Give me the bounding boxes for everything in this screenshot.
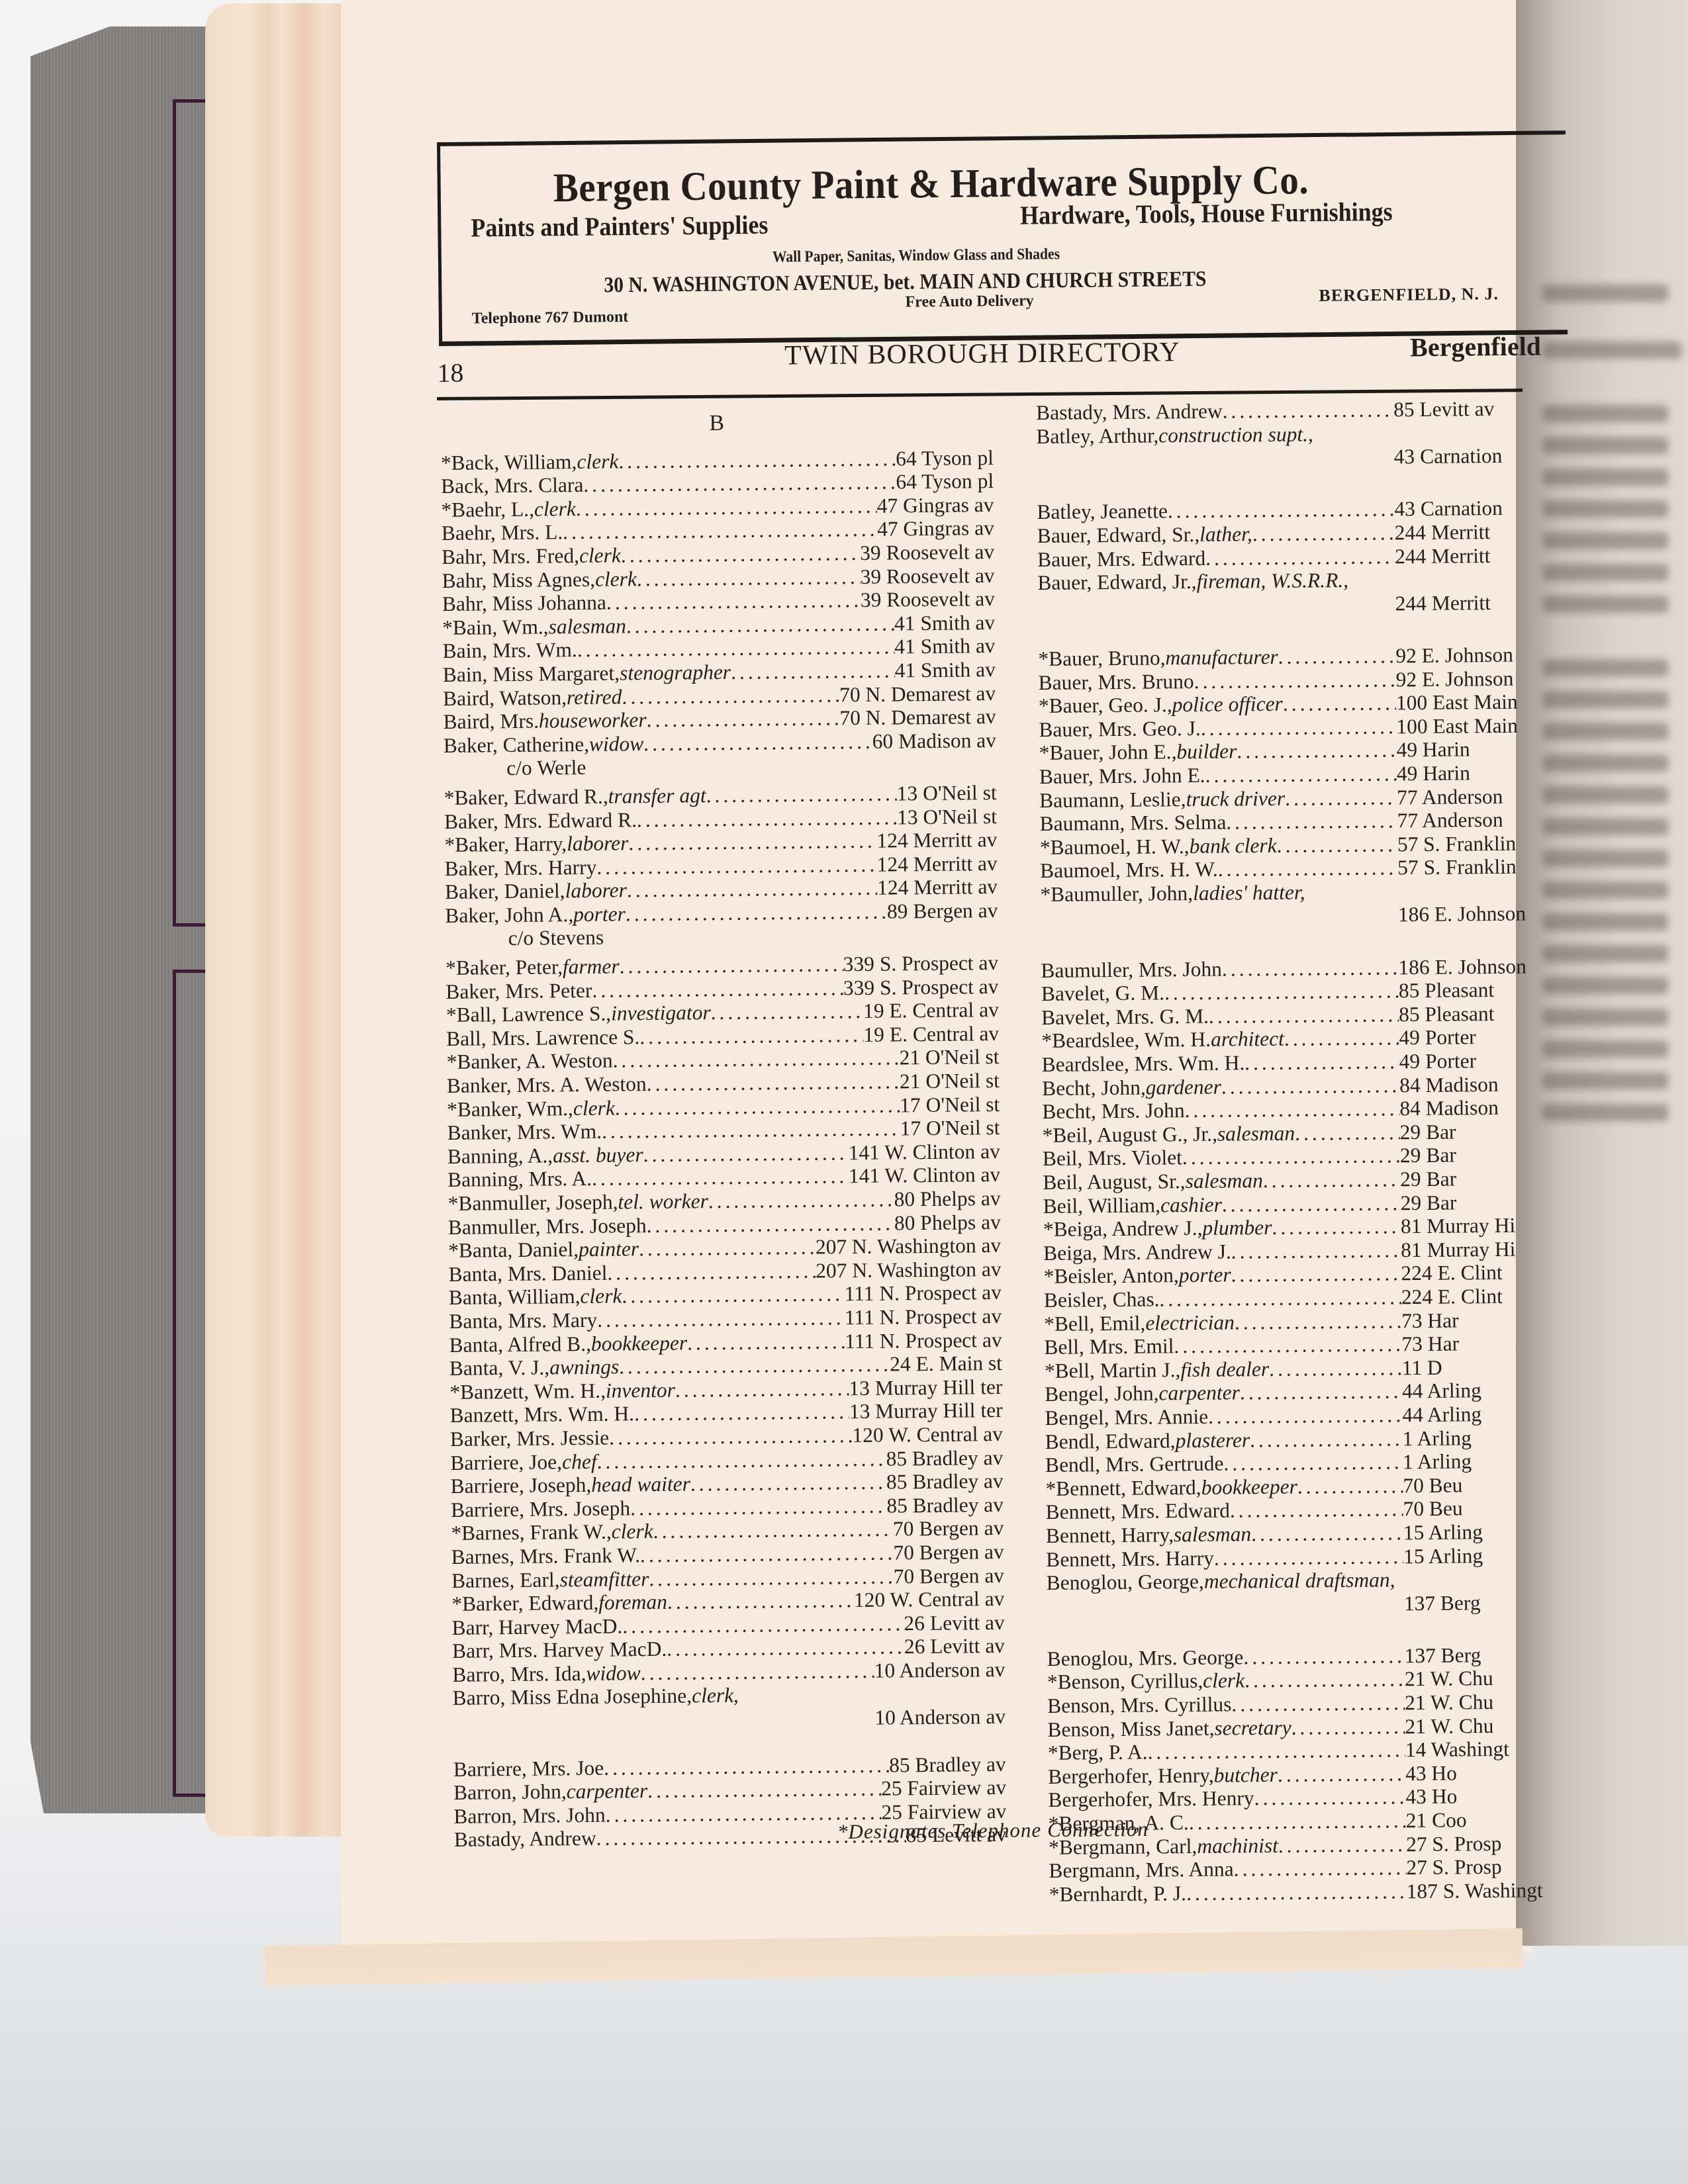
directory-entry: Bennett, Mrs. Harry15 Arling	[1046, 1543, 1602, 1571]
leader-dots	[1159, 1285, 1401, 1311]
entry-name: Becht, Mrs. John	[1042, 1099, 1185, 1123]
leader-dots	[1291, 1715, 1405, 1739]
entry-address: 92 E. Johnson	[1395, 643, 1594, 668]
entry-name: *Bell, Martin J.,	[1045, 1358, 1181, 1383]
entry-address: 124 Merritt av	[877, 852, 998, 876]
leader-dots	[609, 1424, 853, 1449]
entry-name: Barron, Mrs. John	[453, 1803, 606, 1829]
leader-dots	[643, 729, 872, 755]
entry-address: 44 Arling	[1402, 1378, 1601, 1403]
leader-dots	[1278, 1762, 1405, 1786]
leader-dots	[1168, 498, 1395, 523]
leader-dots	[604, 1753, 889, 1780]
entry-name: Bastady, Andrew	[454, 1827, 596, 1852]
entry-name: Barriere, Mrs. Joe	[453, 1756, 604, 1781]
leader-dots	[667, 1588, 854, 1614]
footnote: *Designates Telephone Connection	[837, 1817, 1149, 1844]
entry-address: 85 Bradley av	[886, 1493, 1004, 1518]
leader-dots	[1218, 856, 1398, 882]
leader-dots	[1243, 1644, 1404, 1669]
entry-name: *Beisler, Anton,	[1043, 1264, 1179, 1289]
entry-occupation: clerk	[579, 543, 621, 567]
leader-dots	[1205, 545, 1395, 570]
entry-address: 111 N. Prospect av	[845, 1328, 1002, 1353]
entry-name: Bavelet, Mrs. G. M.	[1041, 1005, 1209, 1030]
entry-address-wrapped: 244 Merritt	[1038, 590, 1594, 623]
leader-dots	[630, 1494, 886, 1520]
leader-dots	[634, 1400, 849, 1426]
entry-occupation: salesman	[1185, 1169, 1263, 1193]
leader-dots	[619, 1353, 890, 1379]
entry-address: 43 Carnation	[1394, 496, 1593, 521]
entry-address: 15 Arling	[1403, 1520, 1602, 1545]
entry-name: Baehr, Mrs. L.	[442, 521, 563, 545]
leader-dots	[621, 541, 861, 567]
entry-name: Baker, Mrs. Edward R.	[444, 808, 637, 833]
entry-occupation: farmer	[563, 955, 620, 979]
entry-name: Bastady, Mrs. Andrew	[1036, 400, 1223, 425]
entry-name: Bavelet, G. M.	[1041, 981, 1165, 1006]
entry-name: Bergerhofer, Henry,	[1048, 1764, 1214, 1789]
entry-name: *Beiga, Andrew J.,	[1043, 1216, 1203, 1242]
entry-occupation: butcher	[1214, 1763, 1278, 1787]
entry-address: 1 Arling	[1403, 1449, 1601, 1474]
directory-entry: Baumoel, Mrs. H. W.57 S. Franklin	[1040, 854, 1596, 883]
leader-dots	[1235, 1309, 1401, 1334]
entry-name: Batley, Arthur,	[1036, 424, 1158, 448]
entry-occupation: clerk	[534, 497, 576, 521]
entry-address: 124 Merritt av	[877, 875, 998, 899]
entry-occupation: fish dealer	[1180, 1357, 1269, 1382]
entry-address: 39 Roosevelt av	[860, 564, 994, 589]
entry-name: Benoglou, George,	[1046, 1570, 1204, 1595]
entry-occupation: clerk	[595, 567, 637, 591]
entry-name: Banta, V. J.,	[449, 1356, 549, 1381]
leader-dots	[1214, 1545, 1404, 1570]
directory-title: TWIN BOROUGH DIRECTORY	[784, 336, 1180, 371]
ad-delivery: Free Auto Delivery	[905, 293, 1033, 312]
leader-dots	[637, 805, 897, 831]
leader-dots	[1305, 897, 1597, 899]
left-column: B *Back, William, clerk64 Tyson plBack, …	[440, 400, 1007, 1852]
entry-occupation: inventor	[606, 1378, 675, 1402]
entry-name: *Bauer, Geo. J.,	[1039, 693, 1172, 717]
entry-name: Bahr, Mrs. Fred,	[442, 544, 579, 569]
entry-occupation: investigator	[611, 1001, 711, 1025]
entry-name: *Baumoel, H. W.,	[1040, 835, 1190, 860]
entry-occupation: bookkeeper	[1201, 1475, 1297, 1499]
leader-dots	[649, 1565, 894, 1590]
entry-address: 29 Bar	[1400, 1118, 1599, 1144]
entry-occupation: foreman	[598, 1590, 667, 1615]
entry-address: 80 Phelps av	[894, 1210, 1001, 1235]
entry-address: 85 Pleasant	[1399, 1001, 1597, 1026]
entry-address: 77 Anderson	[1397, 784, 1595, 809]
page-number: 18	[437, 357, 463, 388]
leader-dots	[1222, 398, 1393, 423]
entry-name: Bennett, Mrs. Edward	[1045, 1499, 1230, 1524]
entry-name: Baird, Watson,	[443, 686, 567, 710]
entry-name: Baumuller, Mrs. John	[1041, 957, 1222, 982]
leader-dots	[628, 829, 876, 855]
entry-occupation: bank clerk	[1189, 834, 1276, 858]
entry-address: 89 Bergen av	[887, 899, 998, 923]
leader-dots	[640, 1541, 894, 1567]
entry-address: 64 Tyson pl	[896, 446, 994, 471]
entry-address: 29 Bar	[1400, 1142, 1599, 1167]
entry-address: 26 Levitt av	[904, 1611, 1005, 1635]
entry-address: 57 S. Franklin	[1397, 831, 1596, 856]
entry-name: Beardslee, Mrs. Wm. H.	[1042, 1051, 1245, 1076]
entry-name: Bennett, Mrs. Harry	[1046, 1546, 1214, 1571]
leader-dots	[1278, 644, 1396, 668]
leader-dots	[1251, 1521, 1403, 1546]
entry-address: 21 O'Neil st	[900, 1069, 1000, 1093]
leader-dots	[602, 1117, 900, 1144]
entry-occupation: truck driver	[1186, 786, 1285, 811]
entry-address: 224 E. Clint	[1401, 1284, 1600, 1309]
entry-name: Beil, William,	[1043, 1193, 1160, 1218]
entry-address: 27 S. Prosp	[1406, 1831, 1605, 1856]
entry-name: *Barker, Edward,	[451, 1591, 598, 1616]
entry-name: Bengel, John,	[1045, 1382, 1159, 1406]
entry-address: 124 Merritt av	[876, 828, 997, 852]
directory-entry: *Bernhardt, P. J.187 S. Washingt	[1049, 1878, 1605, 1906]
entry-address: 244 Merritt	[1395, 590, 1594, 615]
entry-address: 85 Bradley av	[889, 1752, 1006, 1777]
leader-dots	[626, 899, 887, 925]
leader-dots	[1174, 1332, 1401, 1358]
entry-address: 14 Washingt	[1405, 1737, 1604, 1762]
leader-dots	[1277, 833, 1397, 857]
entry-address: 85 Bradley av	[886, 1445, 1003, 1470]
entry-address: 10 Anderson av	[874, 1705, 1006, 1729]
entry-occupation: machinist	[1197, 1834, 1278, 1858]
entry-name: Bennett, Harry,	[1046, 1523, 1174, 1547]
entry-occupation: clerk	[1203, 1669, 1244, 1693]
leader-dots	[577, 635, 895, 662]
entry-occupation: construction supt.,	[1158, 422, 1313, 447]
leader-dots	[627, 876, 877, 902]
leader-dots	[1272, 1214, 1401, 1239]
entry-address-wrapped: 43 Carnation	[1037, 443, 1593, 477]
entry-address: 80 Phelps av	[894, 1187, 1000, 1211]
entry-address: 39 Roosevelt av	[860, 540, 994, 565]
entry-name: Bauer, Mrs. Bruno	[1039, 669, 1194, 694]
leader-dots	[626, 612, 894, 637]
entry-occupation: plumber	[1202, 1216, 1272, 1240]
entry-occupation: porter	[1179, 1263, 1231, 1287]
entry-address: 49 Porter	[1399, 1048, 1598, 1073]
page-stack-edges	[205, 3, 344, 1837]
leader-dots	[739, 1700, 1006, 1702]
leader-dots	[607, 1259, 816, 1285]
entry-address: 77 Anderson	[1397, 807, 1595, 833]
entry-name: Bell, Mrs. Emil	[1044, 1334, 1174, 1359]
leader-dots	[731, 659, 895, 684]
entry-name: Barron, John,	[453, 1780, 567, 1805]
town-heading: Bergenfield	[1410, 330, 1541, 363]
entry-occupation: tel. worker	[618, 1189, 708, 1214]
entry-address: 339 S. Prospect av	[843, 951, 998, 976]
entry-name: Bauer, Mrs. Edward	[1037, 546, 1205, 571]
entry-name: *Bernhardt, P. J.	[1049, 1882, 1187, 1906]
leader-dots	[646, 1211, 894, 1237]
entry-address: 224 E. Clint	[1401, 1260, 1599, 1285]
entry-name: Bergmann, Mrs. Anna	[1049, 1858, 1234, 1883]
entry-name: Barr, Mrs. Harvey MacD.	[452, 1637, 667, 1663]
entry-occupation: bookkeeper	[591, 1331, 688, 1355]
leader-dots	[1283, 691, 1397, 715]
entry-occupation: widow	[589, 732, 644, 756]
leader-dots	[622, 1283, 844, 1308]
leader-dots	[1395, 1585, 1603, 1587]
entry-name: Banzett, Mrs. Wm. H.	[449, 1402, 634, 1428]
entry-occupation: clerk	[573, 1096, 615, 1120]
leader-dots	[1240, 1380, 1402, 1405]
entry-name: *Beardslee, Wm. H.	[1041, 1028, 1211, 1053]
leader-dots	[606, 588, 861, 614]
entry-occupation: salesman	[1217, 1121, 1295, 1146]
leader-dots	[592, 976, 843, 1002]
entry-occupation: widow	[586, 1661, 641, 1685]
entry-address: 73 Har	[1401, 1307, 1600, 1332]
entry-name: *Benson, Cyrillus,	[1047, 1669, 1203, 1694]
entry-name: Banta, Alfred B.,	[449, 1332, 591, 1357]
entry-address: 339 S. Prospect av	[843, 975, 999, 1000]
leader-dots	[596, 1447, 886, 1473]
entry-address: 21 O'Neil st	[899, 1045, 999, 1069]
entry-address: 39 Roosevelt av	[861, 587, 995, 612]
entry-name: Baker, Daniel,	[445, 880, 565, 904]
entry-occupation: asst. buyer	[553, 1143, 643, 1167]
entry-occupation: retired	[567, 685, 622, 709]
leader-dots	[1184, 1097, 1399, 1122]
entry-name: Barnes, Mrs. Frank W.	[451, 1543, 641, 1569]
entry-occupation: mechanical draftsman,	[1204, 1568, 1395, 1593]
entry-address: 17 O'Neil st	[900, 1116, 1000, 1140]
directory-entry: Bastady, Mrs. Andrew85 Levitt av	[1036, 396, 1592, 425]
entry-name: Bauer, Edward, Sr.,	[1037, 523, 1200, 548]
entry-address: 244 Merritt	[1395, 543, 1593, 568]
entry-address: 60 Madison av	[872, 729, 997, 753]
entry-address: 21 W. Chu	[1405, 1666, 1603, 1691]
leader-dots	[1237, 739, 1396, 764]
entry-name: *Banta, Daniel,	[448, 1238, 579, 1262]
leader-dots	[622, 683, 839, 709]
entry-address: 43 Ho	[1405, 1784, 1604, 1809]
leader-dots	[706, 782, 896, 807]
entry-name: *Baker, Peter,	[445, 955, 563, 979]
entry-name: Barriere, Joe,	[450, 1450, 562, 1475]
entry-address: 81 Murray Hi	[1401, 1213, 1599, 1238]
entry-name: Bain, Mrs. Wm.	[442, 638, 577, 663]
entry-name: Baker, Mrs. Harry	[445, 855, 597, 880]
entry-occupation: stenographer	[620, 660, 731, 685]
entry-address: 186 E. Johnson	[1398, 901, 1597, 927]
entry-address: 19 E. Central av	[863, 998, 999, 1023]
ad-city: BERGENFIELD, N. J.	[1319, 284, 1499, 306]
entry-address: 41 Smith av	[894, 611, 996, 635]
leader-dots	[1234, 1856, 1407, 1881]
ad-left-tagline: Paints and Painters' Supplies	[471, 209, 769, 244]
entry-name: Banker, Mrs. A. Weston	[447, 1072, 647, 1097]
leader-dots	[1231, 1691, 1405, 1716]
entry-name: *Banker, Wm.,	[447, 1097, 573, 1121]
entry-address: 186 E. Johnson	[1398, 954, 1597, 979]
entry-address: 81 Murray Hi	[1401, 1236, 1599, 1261]
entry-occupation: cashier	[1160, 1193, 1222, 1216]
entry-name: Baumann, Leslie,	[1039, 788, 1186, 813]
entry-address: 13 O'Neil st	[897, 781, 997, 805]
leader-dots	[643, 1141, 848, 1167]
leader-dots	[1230, 1498, 1403, 1523]
entry-name: Benoglou, Mrs. George	[1047, 1645, 1243, 1670]
leader-dots	[1231, 1238, 1401, 1263]
entry-occupation: fireman, W.S.R.R.,	[1196, 569, 1348, 594]
entry-occupation: gardener	[1146, 1075, 1222, 1099]
entry-address: 84 Madison	[1399, 1071, 1598, 1097]
leader-dots	[1226, 809, 1397, 834]
leader-dots	[622, 1612, 904, 1638]
leader-dots	[1244, 1050, 1399, 1075]
entry-name: Beisler, Chas.	[1044, 1287, 1160, 1312]
entry-address: 25 Fairview av	[881, 1776, 1006, 1800]
leader-dots	[1205, 762, 1397, 787]
leader-dots	[1194, 668, 1396, 693]
entry-name: *Baumuller, John,	[1040, 882, 1193, 907]
entry-address: 57 S. Franklin	[1397, 854, 1596, 880]
entry-name: Beil, August, Sr.,	[1043, 1169, 1186, 1194]
entry-name: Beil, Mrs. Violet	[1043, 1146, 1182, 1171]
entry-name: *Bennett, Edward,	[1045, 1476, 1201, 1501]
entry-address: 47 Gingras av	[877, 516, 994, 541]
entry-name: Bahr, Miss Agnes,	[442, 567, 595, 592]
section-letter: B	[440, 409, 993, 438]
entry-address: 85 Bradley av	[886, 1469, 1004, 1494]
entry-address: 29 Bar	[1400, 1166, 1599, 1191]
leader-dots	[592, 1165, 849, 1191]
entry-occupation: clerk	[577, 449, 618, 473]
entry-occupation: carpenter	[1158, 1381, 1240, 1406]
entry-occupation: secretary	[1214, 1715, 1291, 1740]
entry-address: 27 S. Prosp	[1406, 1854, 1605, 1880]
leader-dots	[639, 1236, 816, 1261]
entry-address: 92 E. Johnson	[1396, 666, 1595, 691]
entry-name: *Ball, Lawrence S.,	[446, 1002, 612, 1027]
leader-dots	[1252, 521, 1395, 545]
entry-occupation: manufacturer	[1165, 645, 1278, 670]
leader-dots	[667, 1635, 904, 1661]
entry-address: 13 O'Neil st	[897, 804, 997, 829]
entry-name: Baker, Mrs. Peter	[445, 978, 592, 1003]
entry-name: *Bain, Wm.,	[442, 615, 549, 639]
leader-dots	[1147, 1738, 1405, 1764]
entry-name: Banning, Mrs. A.	[447, 1167, 592, 1192]
entry-occupation: steamfitter	[559, 1567, 649, 1592]
entry-address: 19 E. Central av	[863, 1022, 999, 1047]
entry-address: 44 Arling	[1402, 1402, 1601, 1427]
ad-subline: Wall Paper, Sanitas, Window Glass and Sh…	[773, 246, 1060, 267]
entry-address: 21 Coo	[1406, 1807, 1605, 1833]
entry-occupation: salesman	[548, 614, 626, 639]
entry-address: 64 Tyson pl	[896, 469, 994, 494]
ad-telephone: Telephone 767 Dumont	[472, 308, 629, 328]
entry-address: 11 D	[1402, 1354, 1601, 1379]
entry-address: 17 O'Neil st	[900, 1093, 1000, 1117]
leader-dots	[1297, 1474, 1403, 1498]
leader-dots	[615, 1093, 900, 1120]
entry-occupation: painter	[579, 1237, 639, 1261]
entry-name: *Bauer, John E.,	[1039, 740, 1176, 764]
entry-occupation: chef	[562, 1449, 597, 1473]
leader-dots	[1254, 1786, 1406, 1811]
entry-address: 187 S. Washingt	[1407, 1878, 1605, 1903]
entry-name: Baird, Mrs.	[443, 709, 539, 734]
entry-occupation: carpenter	[567, 1779, 648, 1803]
entry-occupation: electrician	[1145, 1310, 1235, 1335]
leader-dots	[1164, 979, 1399, 1005]
entry-address: 120 W. Central av	[852, 1422, 1003, 1447]
entry-address: 47 Gingras av	[877, 493, 994, 518]
leader-dots	[583, 471, 896, 497]
entry-name: *Banker, A. Weston	[446, 1049, 612, 1074]
entry-name: Beiga, Mrs. Andrew J.	[1043, 1240, 1231, 1265]
entry-name: Bauer, Edward, Jr.,	[1037, 570, 1196, 595]
entry-address-wrapped: 186 E. Johnson	[1041, 901, 1597, 935]
entry-occupation: plasterer	[1175, 1428, 1250, 1453]
entry-occupation: head waiter	[591, 1473, 690, 1497]
entry-address: 49 Porter	[1399, 1024, 1597, 1050]
entry-address: 70 Bergen av	[893, 1563, 1004, 1588]
entry-name: Ball, Mrs. Lawrence S.	[446, 1025, 640, 1050]
entry-name: Banning, A.,	[447, 1144, 553, 1168]
entry-address: 70 Beu	[1403, 1496, 1601, 1521]
entry-name: *Bell, Emil,	[1044, 1311, 1145, 1336]
leader-dots	[1223, 1450, 1403, 1475]
leader-dots	[1222, 956, 1399, 981]
leader-dots	[1208, 1403, 1403, 1428]
entry-name: Baumoel, Mrs. H. W.	[1040, 858, 1218, 883]
entry-occupation: laborer	[565, 879, 627, 903]
entry-address: 21 W. Chu	[1405, 1690, 1603, 1715]
entry-name: Barro, Mrs. Ida,	[452, 1662, 586, 1687]
entry-address: 21 W. Chu	[1405, 1713, 1603, 1738]
entry-name: Barker, Mrs. Jessie	[450, 1426, 610, 1451]
leader-dots	[1209, 1003, 1399, 1028]
entry-address: 141 W. Clinton av	[849, 1163, 1001, 1188]
leader-dots	[710, 999, 863, 1024]
entry-address: 85 Levitt av	[1393, 396, 1592, 422]
entry-name: Bain, Miss Margaret,	[443, 661, 620, 686]
leader-dots	[1285, 786, 1397, 810]
entry-name: Banmuller, Mrs. Joseph	[448, 1214, 647, 1239]
entry-name: *Baehr, L.,	[441, 497, 534, 522]
entry-name: Baumann, Mrs. Selma	[1039, 811, 1226, 836]
entry-address: 84 Madison	[1399, 1095, 1598, 1120]
entry-address: 120 W. Central av	[854, 1587, 1005, 1612]
entry-occupation: ladies' hatter,	[1193, 880, 1305, 905]
entry-address: 24 E. Main st	[890, 1351, 1002, 1376]
entry-address: 70 Bergen av	[893, 1516, 1004, 1541]
entry-name: *Banmuller, Joseph,	[447, 1190, 618, 1215]
entry-address: 207 N. Washington av	[816, 1257, 1002, 1283]
leader-dots	[597, 1306, 845, 1332]
leader-dots	[1278, 1833, 1407, 1857]
entry-name: Becht, John,	[1042, 1075, 1146, 1100]
entry-address: 10 Anderson av	[874, 1658, 1005, 1682]
entry-name: Batley, Jeanette	[1037, 500, 1168, 524]
